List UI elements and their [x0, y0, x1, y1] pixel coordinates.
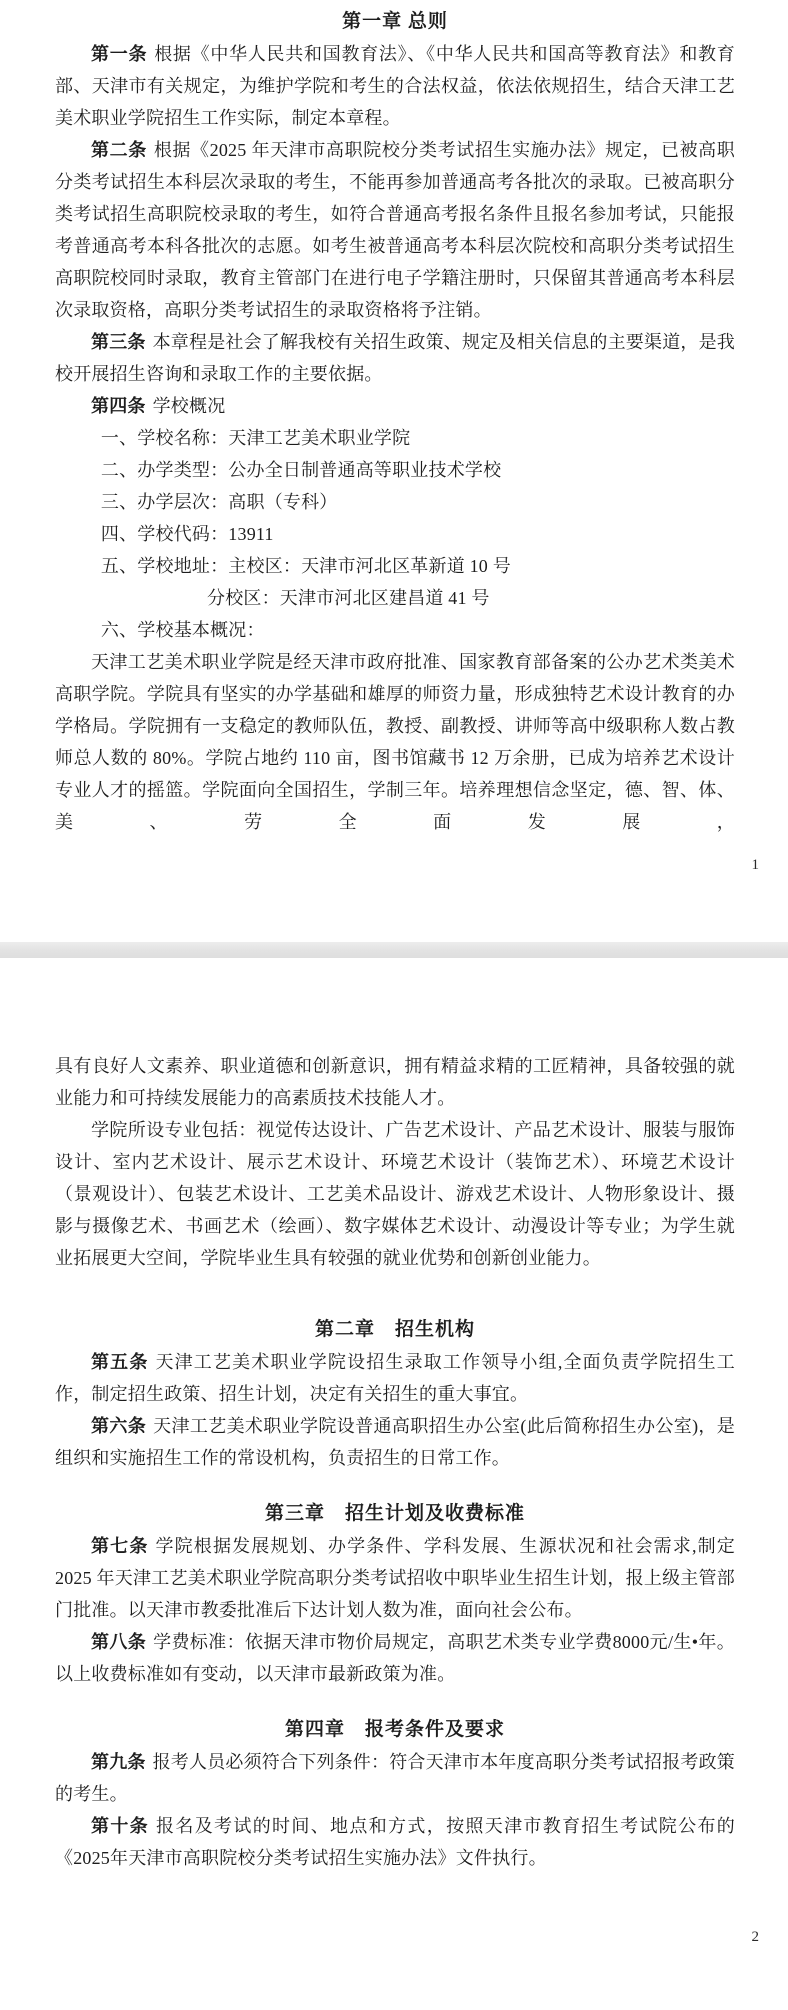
article-number-label: 第七条 — [91, 1536, 148, 1556]
article-number-label: 第十条 — [91, 1816, 149, 1836]
info-list-item: 六、学校基本概况： — [55, 614, 735, 646]
article-number-label: 第四条 — [91, 396, 146, 416]
article-paragraph: 第一条根据《中华人民共和国教育法》、《中华人民共和国高等教育法》和教育部、天津市… — [55, 38, 735, 134]
article-number-label: 第八条 — [91, 1632, 146, 1652]
chapter-heading: 第一章 总则 — [55, 6, 735, 38]
article-paragraph: 第五条天津工艺美术职业学院设招生录取工作领导小组,全面负责学院招生工作，制定招生… — [55, 1346, 735, 1410]
article-number-label: 第一条 — [91, 44, 147, 64]
article-number-label: 第九条 — [91, 1752, 146, 1772]
body-paragraph: 天津工艺美术职业学院是经天津市政府批准、国家教育部备案的公办艺术类美术高职学院。… — [55, 646, 735, 838]
page-number-2: 2 — [55, 1928, 759, 1946]
body-paragraph: 学院所设专业包括：视觉传达设计、广告艺术设计、产品艺术设计、服装与服饰设计、室内… — [55, 1114, 735, 1274]
info-list-item: 一、学校名称：天津工艺美术职业学院 — [55, 422, 735, 454]
article-number-label: 第三条 — [91, 332, 146, 352]
body-paragraph: 具有良好人文素养、职业道德和创新意识，拥有精益求精的工匠精神，具备较强的就业能力… — [55, 1050, 735, 1114]
info-list-item: 五、学校地址：主校区：天津市河北区革新道 10 号 — [55, 550, 735, 582]
document-page-2: 具有良好人文素养、职业道德和创新意识，拥有精益求精的工匠精神，具备较强的就业能力… — [0, 958, 788, 2010]
article-paragraph: 第九条报考人员必须符合下列条件：符合天津市本年度高职分类考试招报考政策的考生。 — [55, 1746, 735, 1810]
info-list-item: 二、办学类型：公办全日制普通高等职业技术学校 — [55, 454, 735, 486]
article-paragraph: 第二条根据《2025 年天津市高职院校分类考试招生实施办法》规定，已被高职分类考… — [55, 134, 735, 326]
article-paragraph: 第六条天津工艺美术职业学院设普通高职招生办公室(此后简称招生办公室)，是组织和实… — [55, 1410, 735, 1474]
chapter-heading: 第二章 招生机构 — [55, 1314, 735, 1346]
article-paragraph: 第四条学校概况 — [55, 390, 735, 422]
info-list-subitem: 分校区：天津市河北区建昌道 41 号 — [55, 582, 735, 614]
article-paragraph: 第七条学院根据发展规划、办学条件、学科发展、生源状况和社会需求,制定 2025 … — [55, 1530, 735, 1626]
page-break-separator — [0, 942, 788, 958]
article-number-label: 第二条 — [91, 140, 147, 160]
info-list-item: 三、办学层次：高职（专科） — [55, 486, 735, 518]
article-paragraph: 第三条本章程是社会了解我校有关招生政策、规定及相关信息的主要渠道，是我校开展招生… — [55, 326, 735, 390]
article-number-label: 第六条 — [91, 1416, 146, 1436]
article-number-label: 第五条 — [91, 1352, 148, 1372]
article-paragraph: 第八条学费标准：依据天津市物价局规定，高职艺术类专业学费8000元/生•年。以上… — [55, 1626, 735, 1690]
page-number-1: 1 — [55, 856, 759, 874]
chapter-heading: 第四章 报考条件及要求 — [55, 1714, 735, 1746]
chapter-heading: 第三章 招生计划及收费标准 — [55, 1498, 735, 1530]
document-page-1: 第一章 总则第一条根据《中华人民共和国教育法》、《中华人民共和国高等教育法》和教… — [0, 0, 788, 942]
info-list-item: 四、学校代码：13911 — [55, 518, 735, 550]
article-paragraph: 第十条报名及考试的时间、地点和方式，按照天津市教育招生考试院公布的《2025年天… — [55, 1810, 735, 1874]
